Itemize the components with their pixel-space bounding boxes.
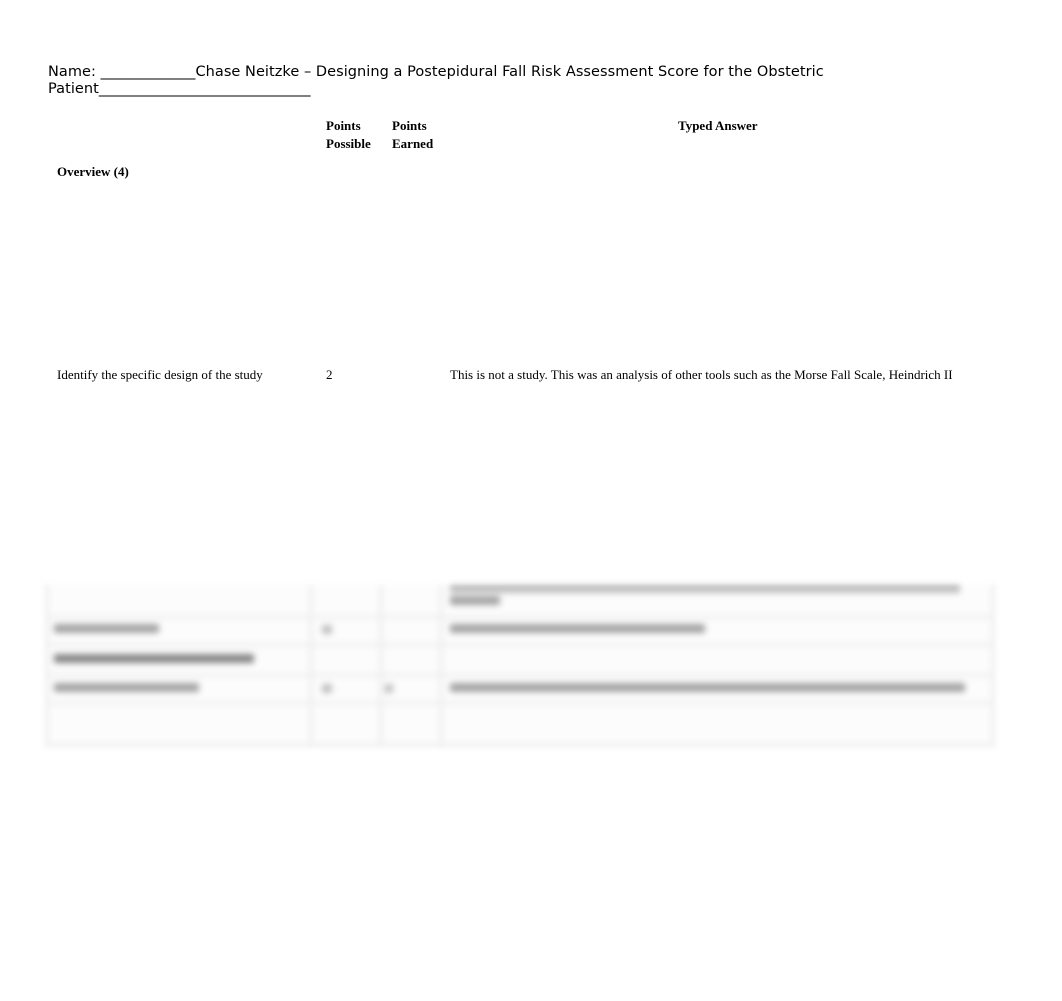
points-possible-cell: 2	[326, 367, 333, 383]
section-label-overview: Overview (4)	[57, 164, 129, 180]
blurred-table-frame	[46, 584, 994, 746]
typed-answer-cell: This is not a study. This was an analysi…	[450, 367, 953, 383]
document-title: Name: _____________Chase Neitzke – Desig…	[48, 64, 868, 98]
title-line-1: Name: _____________Chase Neitzke – Desig…	[48, 64, 868, 81]
header-points-earned: Points Earned	[392, 117, 433, 153]
criterion-cell: Identify the specific design of the stud…	[57, 367, 263, 383]
blurred-preview-section	[40, 584, 1000, 746]
title-line-2: Patient_____________________________	[48, 81, 868, 98]
header-typed-answer: Typed Answer	[678, 117, 758, 135]
header-points-possible: Points Possible	[326, 117, 371, 153]
